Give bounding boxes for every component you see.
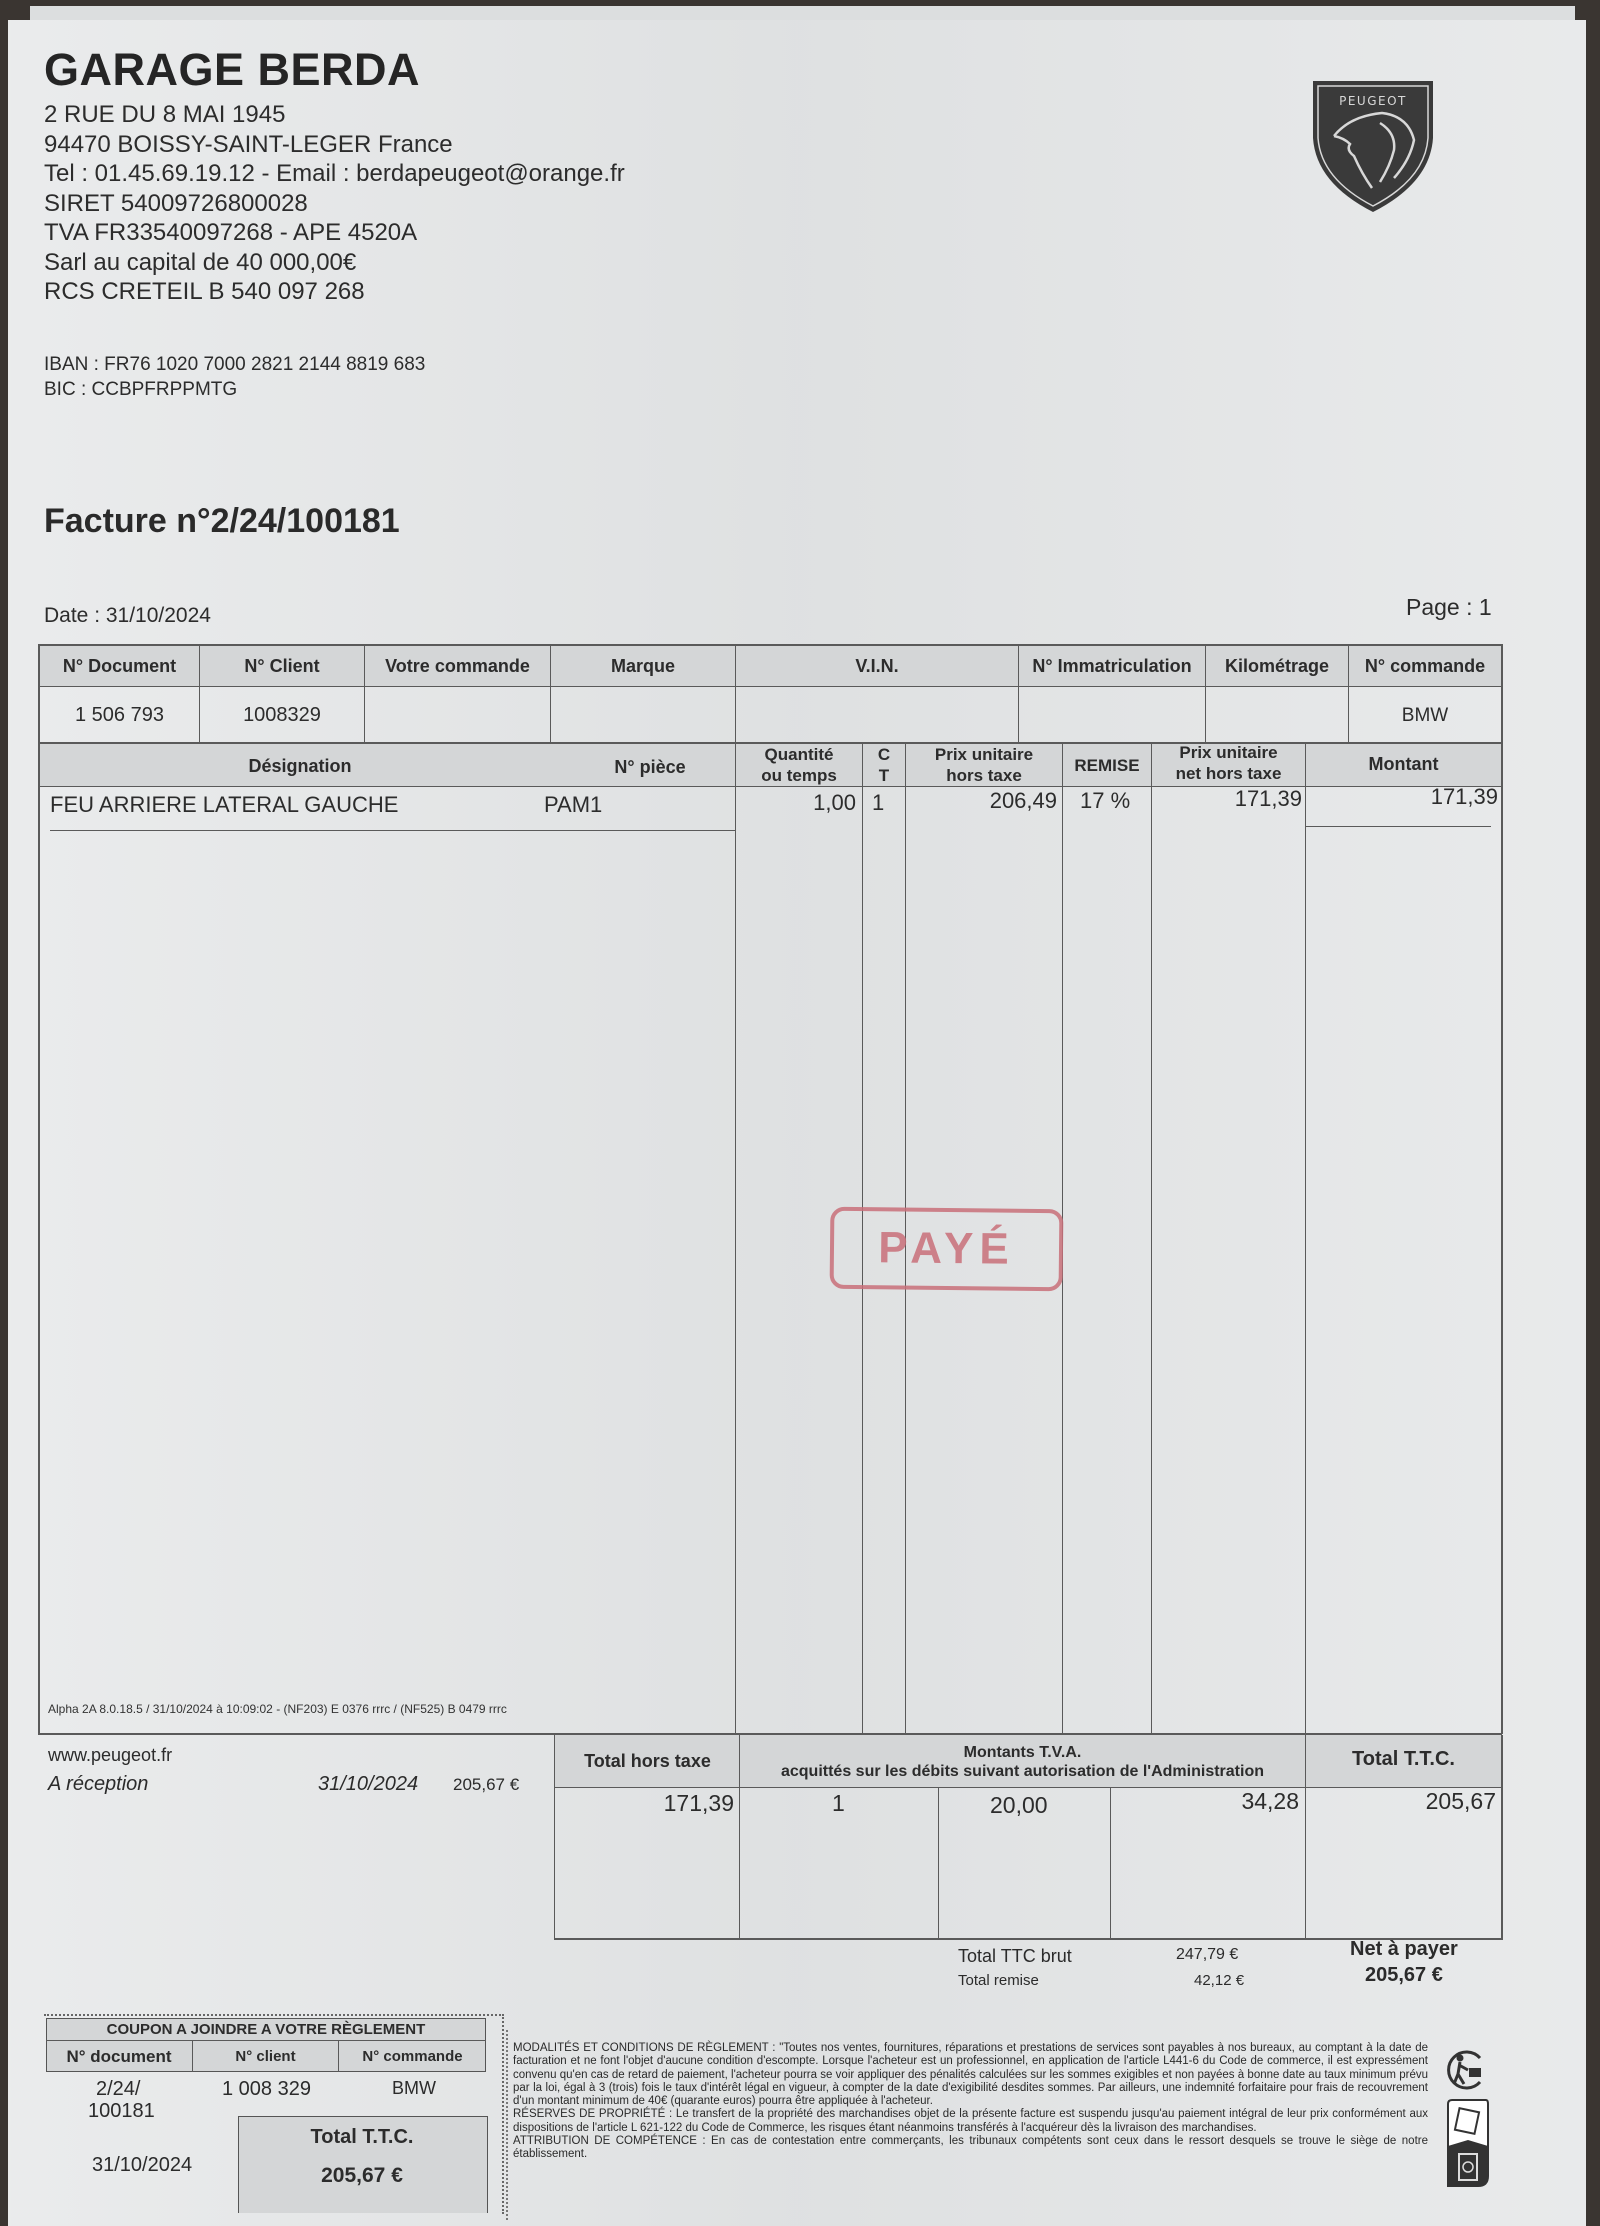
website: www.peugeot.fr [48,1745,172,1766]
line-designation: FEU ARRIERE LATERAL GAUCHE [50,792,398,818]
line-qty: 1,00 [736,790,856,816]
col-n-commande: N° commande [1349,646,1501,686]
payment-term: A réception [48,1773,148,1796]
col-marque: Marque [551,646,735,686]
address-line: 2 RUE DU 8 MAI 1945 [44,100,625,130]
legal-conditions: MODALITÉS ET CONDITIONS DE RÈGLEMENT : "… [513,2042,1428,2162]
coupon-col-commande: N° commande [339,2041,486,2071]
total-ttc-value: 205,67 [1306,1788,1496,1815]
line-amount: 171,39 [1306,784,1498,810]
iban: IBAN : FR76 1020 7000 2821 2144 8819 683 [44,352,425,377]
coupon-document-2: 100181 [88,2100,155,2123]
peugeot-lion-shield-icon: PEUGEOT [1310,78,1436,214]
paper-sorting-bin-icon [1446,2098,1490,2188]
siret-line: SIRET 54009726800028 [44,189,625,219]
col-quantite: Quantitéou temps [736,744,862,786]
ttc-brut-value: 247,79 € [1176,1946,1238,1964]
remise-label: Total remise [958,1972,1039,1989]
col-kilometrage: Kilométrage [1206,646,1348,686]
col-vin: V.I.N. [736,646,1018,686]
attribution-title: ATTRIBUTION DE COMPÉTENCE : [513,2135,706,2147]
col-votre-commande: Votre commande [365,646,550,686]
payment-date: 31/10/2024 [318,1773,418,1796]
coupon-date: 31/10/2024 [92,2154,192,2177]
col-immatriculation: N° Immatriculation [1019,646,1205,686]
col-n-piece: N° pièce [580,746,720,788]
rcs-line: RCS CRETEIL B 540 097 268 [44,277,625,307]
invoice-date: Date : 31/10/2024 [44,604,211,628]
tva-label: Montants T.V.A.acquittés sur les débits … [740,1740,1305,1784]
tva-line: TVA FR33540097268 - APE 4520A [44,218,625,248]
software-line: Alpha 2A 8.0.18.5 / 31/10/2024 à 10:09:0… [48,1702,507,1716]
tva-code: 1 [832,1790,845,1817]
tva-amount: 34,28 [1111,1788,1299,1815]
ttc-brut-label: Total TTC brut [958,1946,1072,1967]
bank-details: IBAN : FR76 1020 7000 2821 2144 8819 683… [44,352,425,402]
coupon-client: 1 008 329 [222,2078,311,2101]
coupon-ttc-value: 205,67 € [238,2158,486,2192]
reserves-title: RÉSERVES DE PROPRIÉTÉ : [513,2108,672,2120]
address-line: 94470 BOISSY-SAINT-LEGER France [44,130,625,160]
capital-line: Sarl au capital de 40 000,00€ [44,248,625,278]
bic: BIC : CCBPFRPPMTG [44,377,425,402]
line-piece: PAM1 [544,792,602,818]
n-client-value: 1008329 [200,688,364,742]
paid-stamp: PAYÉ [830,1207,1064,1291]
line-ct: 1 [872,790,884,816]
col-designation: Désignation [40,746,560,786]
net-a-payer-value: 205,67 € [1365,1964,1443,1987]
payment-amount: 205,67 € [453,1775,519,1795]
coupon-title: COUPON A JOINDRE A VOTRE RÈGLEMENT [46,2019,486,2040]
tva-rate: 20,00 [990,1792,1048,1819]
invoice-title: Facture n°2/24/100181 [44,502,400,541]
col-remise: REMISE [1063,744,1151,786]
coupon-document-1: 2/24/ [96,2078,140,2101]
remise-value: 42,12 € [1194,1972,1244,1989]
triman-recycling-icon [1442,2048,1488,2092]
total-ttc-label: Total T.T.C. [1306,1737,1501,1781]
modalites-title: MODALITÉS ET CONDITIONS DE RÈGLEMENT : [513,2042,775,2054]
col-prix-unitaire: Prix unitairehors taxe [906,744,1062,786]
company-address: 2 RUE DU 8 MAI 1945 94470 BOISSY-SAINT-L… [44,100,625,307]
total-ht-value: 171,39 [556,1790,734,1817]
coupon-col-client: N° client [193,2041,338,2071]
col-prix-unitaire-net: Prix unitairenet hors taxe [1152,742,1305,784]
coupon-commande: BMW [392,2078,436,2099]
contact-line: Tel : 01.45.69.19.12 - Email : berdapeug… [44,159,625,189]
company-name: GARAGE BERDA [44,44,420,96]
n-document-value: 1 506 793 [40,688,199,742]
col-n-client: N° Client [200,646,364,686]
coupon-col-document: N° document [46,2041,192,2071]
line-net-unit-price: 171,39 [1152,786,1302,812]
col-montant: Montant [1306,746,1501,782]
n-commande-value: BMW [1349,688,1501,742]
line-discount: 17 % [1080,788,1130,814]
col-n-document: N° Document [40,646,199,686]
svg-text:PEUGEOT: PEUGEOT [1339,94,1407,108]
col-ct: CT [863,744,905,786]
total-ht-label: Total hors taxe [556,1737,739,1785]
line-unit-price: 206,49 [906,788,1057,814]
net-a-payer-label: Net à payer [1350,1938,1458,1961]
page-number: Page : 1 [1406,594,1492,621]
invoice-paper [8,20,1586,2226]
coupon-ttc-label: Total T.T.C. [238,2122,486,2152]
